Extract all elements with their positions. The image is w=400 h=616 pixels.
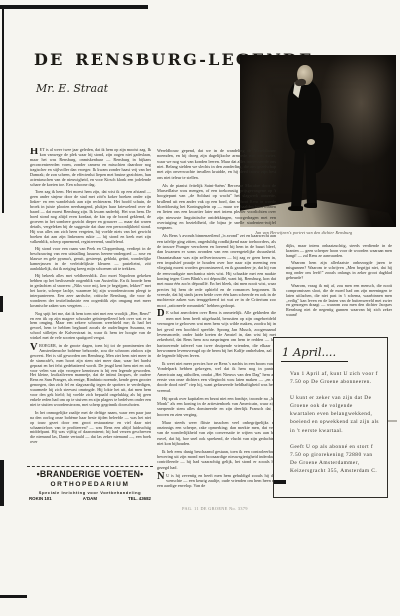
paragraph: Maar steeds weer flitste tusschen veel o… [157, 420, 276, 447]
scan-artifact-right-dash [388, 420, 397, 422]
paragraph: Ik heb eens danig beschaamd gestaan, toe… [157, 449, 276, 470]
page-footer: PAG. 11 DE GROENE No. 3379 [145, 506, 285, 511]
orthopedarium-ad-title: •BRANDERIGE VOETEN• [32, 469, 148, 480]
ad-paragraph: Van 1 April af, kunt U zich voor f 7.50 … [290, 370, 379, 386]
text-column-3: dijks, maar intens onbaatzuchtig, steeds… [286, 244, 392, 338]
article-author: Mr. E. Straat [36, 82, 108, 95]
paragraph: Nog spijt het me, dat ik hem toen niet m… [30, 312, 151, 342]
text-column-2: Wereldbouw gepend, dat we in de wandelin… [157, 148, 276, 502]
orthopedarium-ad-phone: TEL. 43682 [128, 496, 151, 501]
ad-paragraph: U kunt er zeker van zijn dat De Groene o… [290, 394, 379, 434]
scan-artifact-left-tick2 [0, 460, 4, 506]
ad-paragraph: Geeft U op als abonné en stort f 7.50 op… [290, 443, 379, 475]
text-column-1: HET is al weer twee jaar geleden, dat ik… [30, 148, 151, 462]
dropcap: D [157, 310, 166, 319]
groene-ad-heading: 1 April.... [281, 345, 348, 362]
scan-artifact-bottom-mark [0, 595, 27, 598]
paragraph: DE schat anecdoten over Rens is onmeteli… [157, 310, 276, 358]
paragraph: Hij bekeek alles met veldheersblik. Zoo … [30, 274, 151, 309]
figure-left-shoe [288, 206, 303, 211]
figure-coat [286, 78, 323, 153]
paragraph: VROEGER, in de groote dagen, toen hij to… [30, 344, 151, 408]
orthopedarium-ad-subtitle: ORTHOPEDARIUM [27, 481, 153, 488]
paragraph: Ik weet niet meer precies hoe ze Rens 's… [157, 361, 276, 393]
scan-artifact-left-line [2, 8, 4, 213]
figure-right-leg [305, 149, 317, 206]
scan-artifact-top-bar [0, 5, 148, 9]
paragraph: NU is hij zeventig en heeft men hem gehu… [157, 473, 276, 489]
paragraph: HET is al weer twee jaar geleden, dat ik… [30, 148, 151, 188]
dropcap: V [30, 344, 39, 353]
paragraph: dijks, maar intens onbaatzuchtig, steeds… [286, 244, 392, 259]
orthopedarium-ad-tagline: Speciale Inrichting voor Voetbehandeling [27, 490, 153, 495]
portrait-caption: Jan van Herwijnen's portret van den dich… [255, 230, 395, 235]
paragraph: Als Rens 's avonds binnenzeilend „'n avo… [157, 233, 276, 308]
paragraph: Wereldbouw gepend, dat we in de wandelin… [157, 148, 276, 180]
orthopedarium-ad-address: ROKIN 101 [29, 496, 52, 501]
paragraph: Waarom, vraag ik mij af, zou men een men… [286, 284, 392, 319]
groene-ad-body: Van 1 April af, kunt U zich voor f 7.50 … [290, 370, 379, 475]
figure-hand [307, 139, 315, 145]
dropcap: H [30, 148, 40, 157]
paragraph: Hij sprak over kapitalen en bezat niet e… [157, 396, 276, 417]
paragraph: Als de pianist feitelijk Saint-Saëns' Be… [157, 183, 276, 231]
orthopedarium-ad-city: A'DAM [83, 496, 97, 501]
orthopedarium-ad-contact-row: ROKIN 101 A'DAM TEL. 43682 [27, 496, 153, 501]
magazine-page: DE RENSBURG-LEGENDE Mr. E. Straat Jan va… [0, 0, 400, 616]
figure-right-shoe [304, 203, 317, 208]
scan-artifact-left-tick [0, 296, 3, 312]
orthopedarium-ad: •BRANDERIGE VOETEN• ORTHOPEDARIUM Specia… [27, 466, 153, 501]
paragraph: Waarom hem zijn allerlaatste onbezorgde … [286, 261, 392, 281]
paragraph: Hij stond voor een raam van Peek en Clop… [30, 247, 151, 272]
scan-artifact-ad-dash [274, 480, 286, 484]
dropcap: N [157, 473, 166, 482]
paragraph: Toen zag ik hem. Het moest hem zijn, dat… [30, 190, 151, 244]
groene-subscription-ad: 1 April.... Van 1 April af, kunt U zich … [273, 337, 388, 498]
paragraph: In het onmogelijke zaaltje met de deftig… [30, 411, 151, 446]
